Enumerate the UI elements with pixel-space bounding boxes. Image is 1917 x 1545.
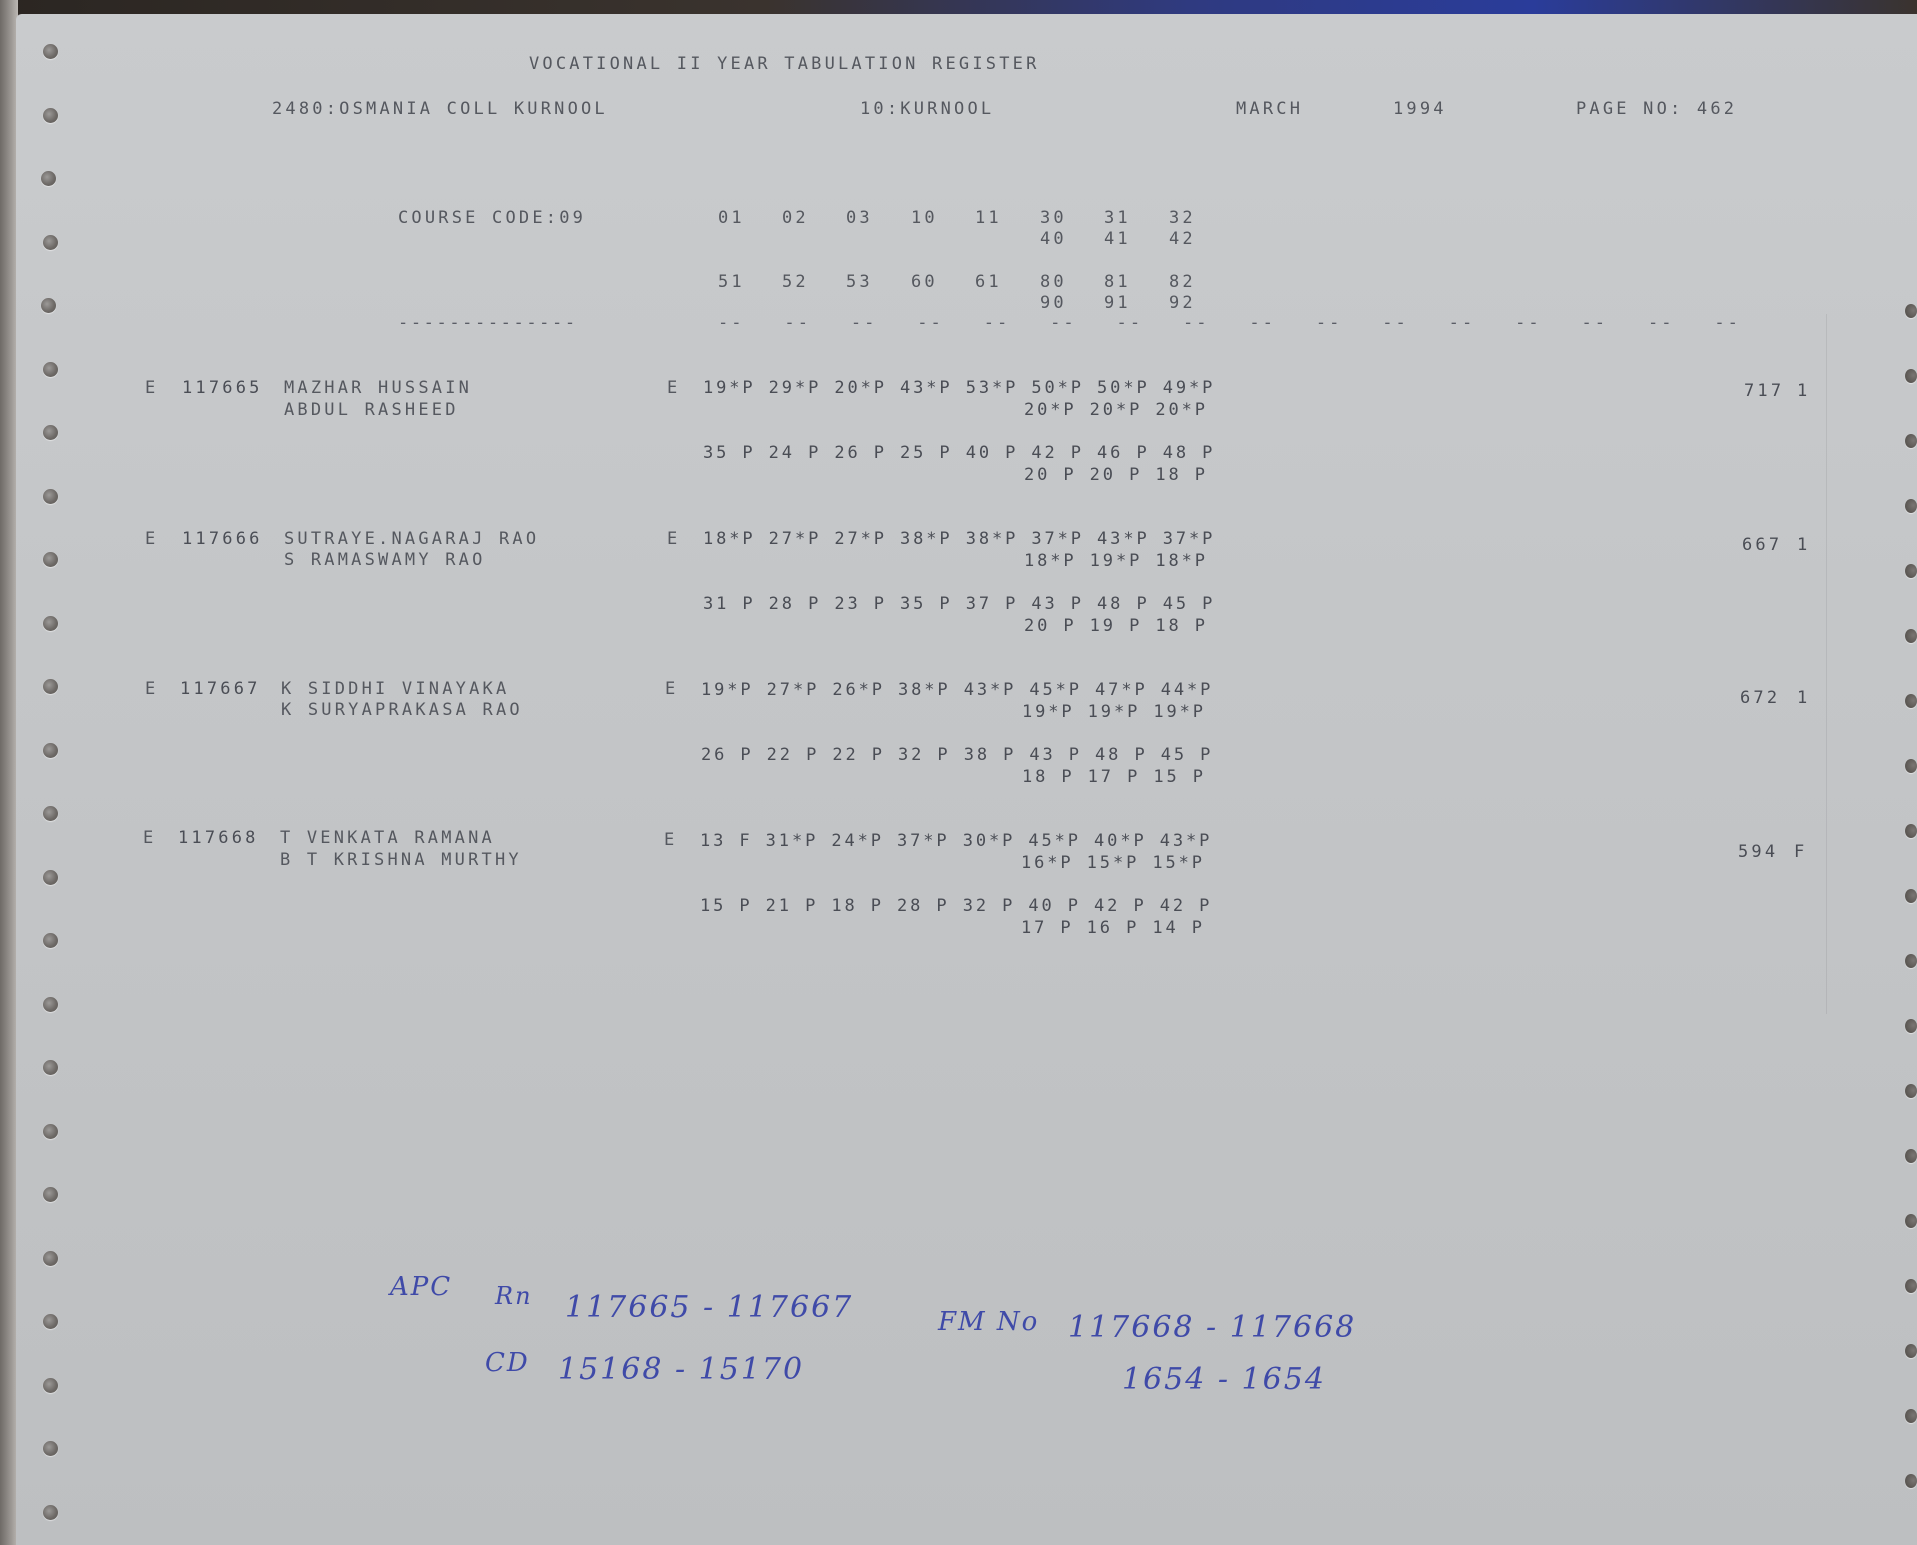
subject-code: 52 <box>782 272 809 293</box>
tractor-hole <box>1905 694 1917 708</box>
subject-code: 91 <box>1104 293 1131 314</box>
handwritten-number-range: 1654 - 1654 <box>1122 1362 1326 1397</box>
tractor-hole <box>1905 304 1917 318</box>
subject-code: 41 <box>1104 229 1131 250</box>
tractor-hole <box>43 1441 58 1456</box>
medium-code: E <box>667 529 680 550</box>
result-division: 1 <box>1797 535 1810 556</box>
tractor-hole <box>43 1060 58 1075</box>
tractor-hole <box>43 870 58 885</box>
exam-year: 1994 <box>1393 99 1447 120</box>
tractor-hole <box>1905 759 1917 773</box>
subject-code: 61 <box>975 272 1002 293</box>
subject-code: 01 <box>718 208 745 229</box>
tractor-hole <box>1905 564 1917 578</box>
tractor-hole <box>43 1187 58 1202</box>
tractor-hole <box>43 44 58 59</box>
total-marks: 717 <box>1744 381 1784 402</box>
subject-code: 40 <box>1040 229 1067 250</box>
father-name: B T KRISHNA MURTHY <box>280 850 522 871</box>
handwritten-rn: Rn <box>495 1282 533 1310</box>
student-name: MAZHAR HUSSAIN <box>284 378 472 399</box>
subject-code: 81 <box>1104 272 1131 293</box>
tractor-hole <box>43 1505 58 1520</box>
medium-code: E <box>667 378 680 399</box>
roll-number: 117666 <box>182 529 263 550</box>
subject-code: 03 <box>846 208 873 229</box>
medium-code: E <box>664 830 677 851</box>
faint-grid-line <box>1826 314 1827 1014</box>
student-name: SUTRAYE.NAGARAJ RAO <box>284 529 539 550</box>
marks-year2: 26 P 22 P 22 P 32 P 38 P 43 P 48 P 45 P <box>701 745 1213 766</box>
tractor-hole <box>1905 1279 1917 1293</box>
tractor-hole <box>43 933 58 948</box>
tractor-hole <box>1905 629 1917 643</box>
marks-year2: 31 P 28 P 23 P 35 P 37 P 43 P 48 P 45 P <box>703 594 1215 615</box>
roll-number: 117665 <box>182 378 263 399</box>
father-name: K SURYAPRAKASA RAO <box>281 700 523 721</box>
marks-year1: 19*P 27*P 26*P 38*P 43*P 45*P 47*P 44*P <box>701 680 1213 701</box>
tractor-hole <box>43 679 58 694</box>
tractor-hole <box>1905 1019 1917 1033</box>
report-title: VOCATIONAL II YEAR TABULATION REGISTER <box>529 54 1040 75</box>
tractor-hole <box>43 489 58 504</box>
college-name: 2480:OSMANIA COLL KURNOOL <box>272 99 608 120</box>
subject-code: 42 <box>1169 229 1196 250</box>
tractor-hole <box>1905 889 1917 903</box>
record-flag: E <box>145 378 158 399</box>
tractor-hole <box>43 1378 58 1393</box>
tractor-hole <box>43 806 58 821</box>
subject-code: 60 <box>911 272 938 293</box>
result-division: 1 <box>1797 381 1810 402</box>
marks-year2: 35 P 24 P 26 P 25 P 40 P 42 P 46 P 48 P <box>703 443 1215 464</box>
tractor-hole <box>43 235 58 250</box>
record-flag: E <box>143 828 156 849</box>
tractor-hole <box>1905 369 1917 383</box>
marks-year2-practical: 20 P 19 P 18 P <box>1024 616 1208 637</box>
subject-code: 82 <box>1169 272 1196 293</box>
tractor-hole <box>43 1314 58 1329</box>
subject-code: 92 <box>1169 293 1196 314</box>
student-name: T VENKATA RAMANA <box>280 828 495 849</box>
marks-year2-practical: 20 P 20 P 18 P <box>1024 465 1208 486</box>
marks-year1: 19*P 29*P 20*P 43*P 53*P 50*P 50*P 49*P <box>703 378 1215 399</box>
tractor-hole <box>1905 499 1917 513</box>
subject-code: 90 <box>1040 293 1067 314</box>
tractor-hole <box>1905 434 1917 448</box>
total-marks: 667 <box>1742 535 1782 556</box>
handwritten-roll-range: 117665 - 117667 <box>565 1290 853 1325</box>
handwritten-cd-range: 15168 - 15170 <box>558 1352 804 1387</box>
tractor-hole <box>1905 1474 1917 1488</box>
marks-year2-practical: 17 P 16 P 14 P <box>1021 918 1205 939</box>
district-name: 10:KURNOOL <box>860 99 994 120</box>
subject-code: 02 <box>782 208 809 229</box>
handwritten-apc: APC <box>390 1272 452 1302</box>
column-underline: -- -- -- -- -- -- -- -- -- -- -- -- -- -… <box>718 313 1741 334</box>
subject-code: 10 <box>911 208 938 229</box>
tractor-hole <box>43 425 58 440</box>
marks-year1-practical: 18*P 19*P 18*P <box>1024 551 1208 572</box>
subject-code: 32 <box>1169 208 1196 229</box>
page-number: PAGE NO: 462 <box>1576 99 1737 120</box>
tractor-hole <box>43 616 58 631</box>
subject-code: 51 <box>718 272 745 293</box>
tractor-hole <box>43 552 58 567</box>
tractor-hole <box>1905 1084 1917 1098</box>
tractor-hole <box>1905 1214 1917 1228</box>
handwritten-fm-no: FM No <box>938 1307 1039 1337</box>
tractor-hole <box>41 298 56 313</box>
tractor-hole <box>43 1251 58 1266</box>
record-flag: E <box>145 679 158 700</box>
tractor-hole <box>1905 824 1917 838</box>
handwritten-cd: CD <box>485 1348 530 1378</box>
label-underline: -------------- <box>398 313 578 334</box>
tractor-hole <box>43 997 58 1012</box>
tractor-hole <box>1905 1344 1917 1358</box>
result-division: F <box>1794 842 1807 863</box>
exam-month: MARCH <box>1236 99 1303 120</box>
subject-code: 53 <box>846 272 873 293</box>
medium-code: E <box>665 679 678 700</box>
marks-year1-practical: 16*P 15*P 15*P <box>1021 853 1205 874</box>
marks-year1: 18*P 27*P 27*P 38*P 38*P 37*P 43*P 37*P <box>703 529 1215 550</box>
tractor-hole <box>1905 1409 1917 1423</box>
student-name: K SIDDHI VINAYAKA <box>281 679 509 700</box>
father-name: ABDUL RASHEED <box>284 400 459 421</box>
marks-year2-practical: 18 P 17 P 15 P <box>1022 767 1206 788</box>
handwritten-fm-range: 117668 - 117668 <box>1068 1310 1356 1345</box>
record-flag: E <box>145 529 158 550</box>
marks-year1: 13 F 31*P 24*P 37*P 30*P 45*P 40*P 43*P <box>700 831 1212 852</box>
tractor-hole <box>43 743 58 758</box>
tractor-hole <box>1905 1149 1917 1163</box>
subject-code: 31 <box>1104 208 1131 229</box>
subject-code: 80 <box>1040 272 1067 293</box>
tractor-hole <box>43 108 58 123</box>
tractor-hole <box>43 1124 58 1139</box>
marks-year1-practical: 20*P 20*P 20*P <box>1024 400 1208 421</box>
subject-code: 11 <box>975 208 1002 229</box>
result-division: 1 <box>1797 688 1810 709</box>
background-strip <box>0 0 1917 14</box>
tractor-hole <box>43 362 58 377</box>
roll-number: 117667 <box>180 679 261 700</box>
course-code-label: COURSE CODE:09 <box>398 208 586 229</box>
tractor-hole <box>41 171 56 186</box>
marks-year2: 15 P 21 P 18 P 28 P 32 P 40 P 42 P 42 P <box>700 896 1212 917</box>
total-marks: 672 <box>1740 688 1780 709</box>
father-name: S RAMASWAMY RAO <box>284 550 486 571</box>
roll-number: 117668 <box>178 828 259 849</box>
tractor-hole <box>1905 954 1917 968</box>
total-marks: 594 <box>1738 842 1778 863</box>
subject-code: 30 <box>1040 208 1067 229</box>
marks-year1-practical: 19*P 19*P 19*P <box>1022 702 1206 723</box>
